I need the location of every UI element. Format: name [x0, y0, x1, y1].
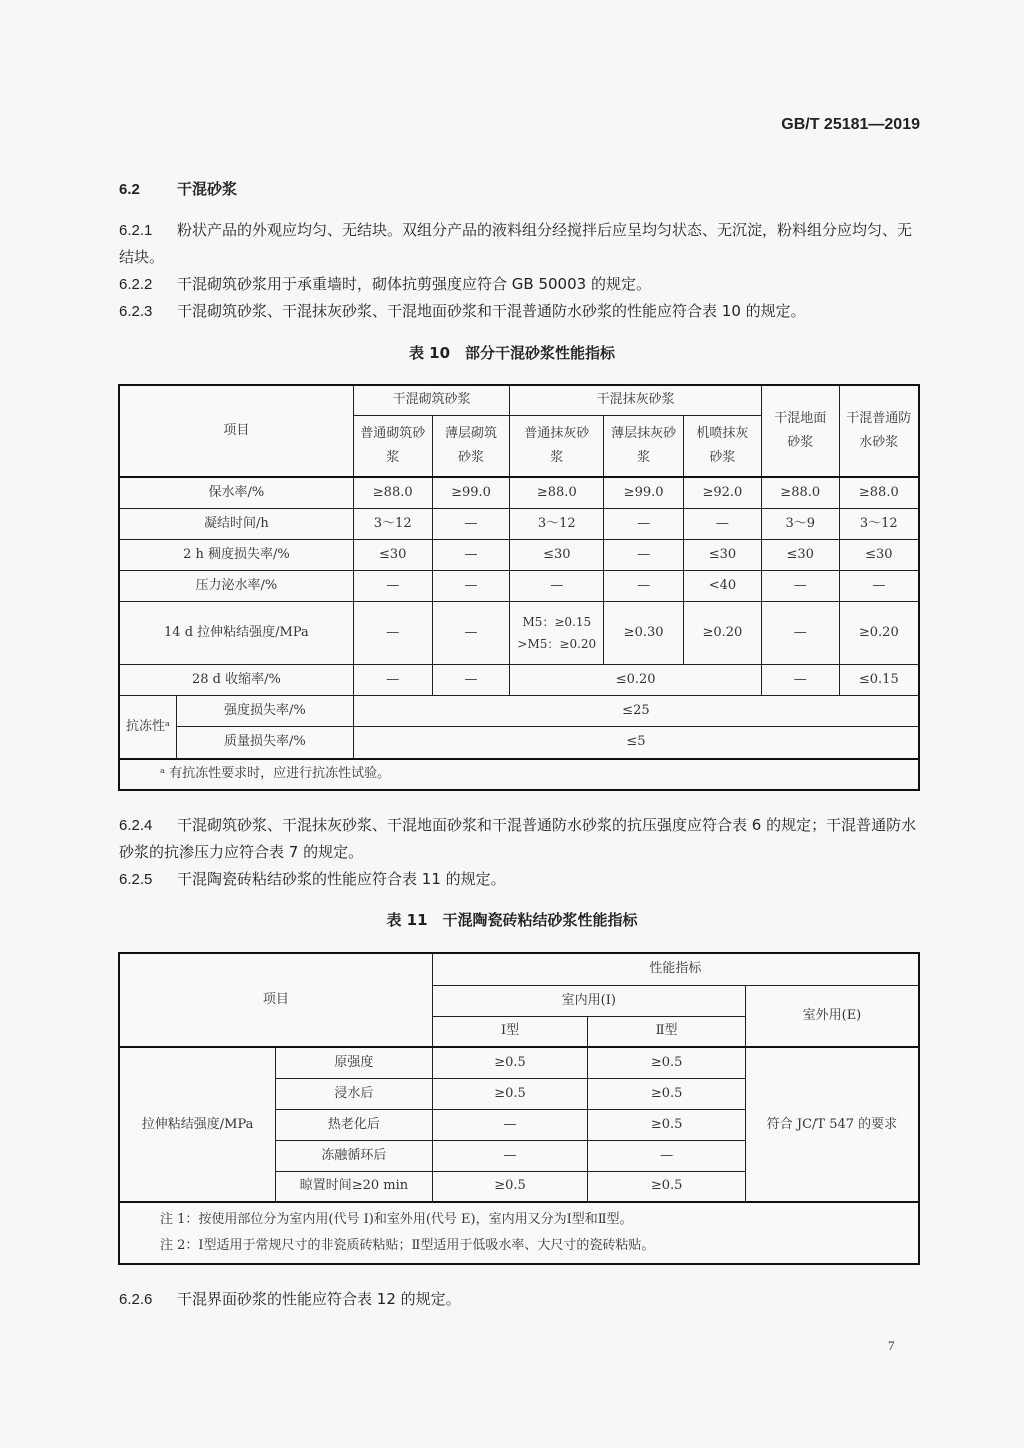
cell: — — [761, 570, 839, 601]
cell: ≥0.5 — [432, 1078, 588, 1109]
type1-header: Ⅰ型 — [432, 1016, 588, 1047]
sub-header: 普通砌筑砂浆 — [353, 415, 432, 477]
table-row: 凝结时间/h 3～12 — 3～12 — — 3～9 3～12 — [119, 508, 919, 539]
cell: ≤25 — [353, 695, 919, 727]
item-header: 项目 — [119, 953, 432, 1047]
paragraph-6-2-1: 6.2.1粉状产品的外观应均匀、无结块。双组分产品的液料组分经搅拌后应呈均匀状态… — [119, 217, 919, 271]
cell: ≥92.0 — [684, 477, 762, 508]
cell: ≥88.0 — [510, 477, 604, 508]
table10-caption: 表 10 部分干混砂浆性能指标 — [0, 342, 1024, 363]
row-label: 热老化后 — [276, 1109, 433, 1140]
cell: — — [353, 664, 432, 695]
sub-header: 薄层砌筑砂浆 — [432, 415, 510, 477]
col-waterproof: 干混普通防水砂浆 — [839, 385, 919, 477]
table-row: 压力泌水率/% — — — — <40 — — — [119, 570, 919, 601]
clause-number: 6.2.1 — [119, 217, 177, 244]
cell: ≤5 — [353, 727, 919, 759]
cell: 3～9 — [761, 508, 839, 539]
cell: ≥88.0 — [353, 477, 432, 508]
standard-number: GB/T 25181—2019 — [781, 116, 920, 134]
row-label: 保水率/% — [119, 477, 353, 508]
paragraph-6-2-2: 6.2.2干混砌筑砂浆用于承重墙时，砌体抗剪强度应符合 GB 50003 的规定… — [119, 271, 919, 298]
clause-text: 干混砌筑砂浆用于承重墙时，砌体抗剪强度应符合 GB 50003 的规定。 — [177, 275, 651, 293]
cell: — — [432, 1140, 588, 1171]
cell: — — [684, 508, 762, 539]
clause-number: 6.2.3 — [119, 298, 177, 325]
table11-caption: 表 11 干混陶瓷砖粘结砂浆性能指标 — [0, 909, 1024, 930]
cell: ≥99.0 — [432, 477, 510, 508]
cell: — — [432, 570, 510, 601]
cell: — — [510, 570, 604, 601]
cell: — — [604, 508, 684, 539]
paragraph-6-2-3: 6.2.3干混砌筑砂浆、干混抹灰砂浆、干混地面砂浆和干混普通防水砂浆的性能应符合… — [119, 298, 919, 325]
cell: ≥0.5 — [432, 1171, 588, 1202]
cell: ≥0.5 — [588, 1171, 746, 1202]
paragraph-6-2-4: 6.2.4干混砌筑砂浆、干混抹灰砂浆、干混地面砂浆和干混普通防水砂浆的抗压强度应… — [119, 812, 919, 866]
paragraph-6-2-5: 6.2.5干混陶瓷砖粘结砂浆的性能应符合表 11 的规定。 — [119, 866, 919, 893]
sub-header: 机喷抹灰砂浆 — [684, 415, 762, 477]
frost-group: 抗冻性ᵃ 强度损失率/% 质量损失率/% — [119, 695, 353, 759]
row-label: 2 h 稠度损失率/% — [119, 539, 353, 570]
cell: — — [432, 601, 510, 664]
cell: — — [432, 508, 510, 539]
row-label: 强度损失率/% — [177, 696, 353, 728]
cell: — — [604, 570, 684, 601]
row-label: 质量损失率/% — [177, 727, 353, 758]
row-label: 压力泌水率/% — [119, 570, 353, 601]
table-footnote: ᵃ 有抗冻性要求时，应进行抗冻性试验。 — [119, 759, 919, 790]
cell: — — [432, 1109, 588, 1140]
group-label: 拉伸粘结强度/MPa — [119, 1047, 276, 1202]
table-row: 拉伸粘结强度/MPa 原强度 ≥0.5 ≥0.5 符合 JC/T 547 的要求 — [119, 1047, 919, 1078]
sub-header: 薄层抹灰砂浆 — [604, 415, 684, 477]
row-label: 14 d 拉伸粘结强度/MPa — [119, 601, 353, 664]
row-label: 原强度 — [276, 1047, 433, 1078]
cell: ≥0.20 — [839, 601, 919, 664]
cell: 3～12 — [353, 508, 432, 539]
table-row: 抗冻性ᵃ 强度损失率/% 质量损失率/% ≤25 — [119, 695, 919, 727]
cell: — — [588, 1140, 746, 1171]
type2-header: Ⅱ型 — [588, 1016, 746, 1047]
page-number: 7 — [888, 1338, 895, 1354]
paragraph-6-2-6: 6.2.6干混界面砂浆的性能应符合表 12 的规定。 — [119, 1286, 919, 1313]
cell: ≥0.5 — [432, 1047, 588, 1078]
table-row: 28 d 收缩率/% — — ≤0.20 — ≤0.15 — [119, 664, 919, 695]
cell: ≥88.0 — [839, 477, 919, 508]
cell: M5：≥0.15 >M5：≥0.20 — [510, 601, 604, 664]
cell: ≤30 — [510, 539, 604, 570]
clause-number: 6.2.2 — [119, 271, 177, 298]
outdoor-header: 室外用(E) — [745, 985, 919, 1047]
performance-header: 性能指标 — [432, 953, 919, 985]
cell: ≥0.5 — [588, 1078, 746, 1109]
frost-label: 抗冻性ᵃ — [120, 696, 177, 758]
table-row: 14 d 拉伸粘结强度/MPa — — M5：≥0.15 >M5：≥0.20 ≥… — [119, 601, 919, 664]
cell: ≥0.30 — [604, 601, 684, 664]
table-note-1: 注 1：按使用部位分为室内用(代号 I)和室外用(代号 E)，室内用又分为Ⅰ型和… — [160, 1207, 918, 1233]
cell: 3～12 — [510, 508, 604, 539]
outdoor-value: 符合 JC/T 547 的要求 — [745, 1047, 919, 1202]
indoor-header: 室内用(I) — [432, 985, 745, 1016]
table-footnote-row: ᵃ 有抗冻性要求时，应进行抗冻性试验。 — [119, 759, 919, 790]
cell: ≤30 — [684, 539, 762, 570]
row-label: 浸水后 — [276, 1078, 433, 1109]
cell: 3～12 — [839, 508, 919, 539]
section-title: 干混砂浆 — [177, 180, 237, 198]
cell: ≤30 — [761, 539, 839, 570]
col-floor: 干混地面砂浆 — [761, 385, 839, 477]
table-11: 项目 性能指标 室内用(I) 室外用(E) Ⅰ型 Ⅱ型 拉伸粘结强度/MPa 原… — [118, 952, 920, 1265]
cell: ≥0.5 — [588, 1047, 746, 1078]
cell: — — [604, 539, 684, 570]
row-label: 冻融循环后 — [276, 1140, 433, 1171]
cell: ≥99.0 — [604, 477, 684, 508]
clause-number: 6.2.4 — [119, 812, 177, 839]
cell: <40 — [684, 570, 762, 601]
section-heading: 6.2干混砂浆 — [119, 176, 237, 203]
row-label: 凝结时间/h — [119, 508, 353, 539]
table-row: 2 h 稠度损失率/% ≤30 — ≤30 — ≤30 ≤30 ≤30 — [119, 539, 919, 570]
group-plaster: 干混抹灰砂浆 — [510, 385, 761, 415]
cell: — — [761, 601, 839, 664]
clause-text: 干混界面砂浆的性能应符合表 12 的规定。 — [177, 1290, 461, 1308]
section-number: 6.2 — [119, 176, 177, 203]
clause-text: 干混陶瓷砖粘结砂浆的性能应符合表 11 的规定。 — [177, 870, 506, 888]
cell: ≥0.20 — [684, 601, 762, 664]
clause-text: 干混砌筑砂浆、干混抹灰砂浆、干混地面砂浆和干混普通防水砂浆的性能应符合表 10 … — [177, 302, 806, 320]
clause-text: 干混砌筑砂浆、干混抹灰砂浆、干混地面砂浆和干混普通防水砂浆的抗压强度应符合表 6… — [119, 816, 916, 861]
clause-number: 6.2.5 — [119, 866, 177, 893]
group-masonry: 干混砌筑砂浆 — [353, 385, 510, 415]
cell: ≤0.15 — [839, 664, 919, 695]
row-label: 28 d 收缩率/% — [119, 664, 353, 695]
table-note-2: 注 2：Ⅰ型适用于常规尺寸的非瓷质砖粘贴；Ⅱ型适用于低吸水率、大尺寸的瓷砖粘贴。 — [160, 1233, 918, 1259]
cell: — — [761, 664, 839, 695]
cell: ≥0.5 — [588, 1109, 746, 1140]
table-10: 项目 干混砌筑砂浆 干混抹灰砂浆 干混地面砂浆 干混普通防水砂浆 普通砌筑砂浆 … — [118, 384, 920, 791]
clause-number: 6.2.6 — [119, 1286, 177, 1313]
cell: ≤30 — [353, 539, 432, 570]
table-row: 保水率/% ≥88.0 ≥99.0 ≥88.0 ≥99.0 ≥92.0 ≥88.… — [119, 477, 919, 508]
cell: — — [432, 664, 510, 695]
cell: — — [839, 570, 919, 601]
sub-header: 普通抹灰砂浆 — [510, 415, 604, 477]
row-label: 晾置时间≥20 min — [276, 1171, 433, 1202]
table-notes-row: 注 1：按使用部位分为室内用(代号 I)和室外用(代号 E)，室内用又分为Ⅰ型和… — [119, 1202, 919, 1264]
item-header: 项目 — [119, 385, 353, 477]
cell: ≤0.20 — [510, 664, 761, 695]
cell: — — [353, 570, 432, 601]
cell: — — [432, 539, 510, 570]
cell: ≤30 — [839, 539, 919, 570]
cell: ≥88.0 — [761, 477, 839, 508]
clause-text: 粉状产品的外观应均匀、无结块。双组分产品的液料组分经搅拌后应呈均匀状态、无沉淀，… — [119, 221, 912, 266]
cell: — — [353, 601, 432, 664]
